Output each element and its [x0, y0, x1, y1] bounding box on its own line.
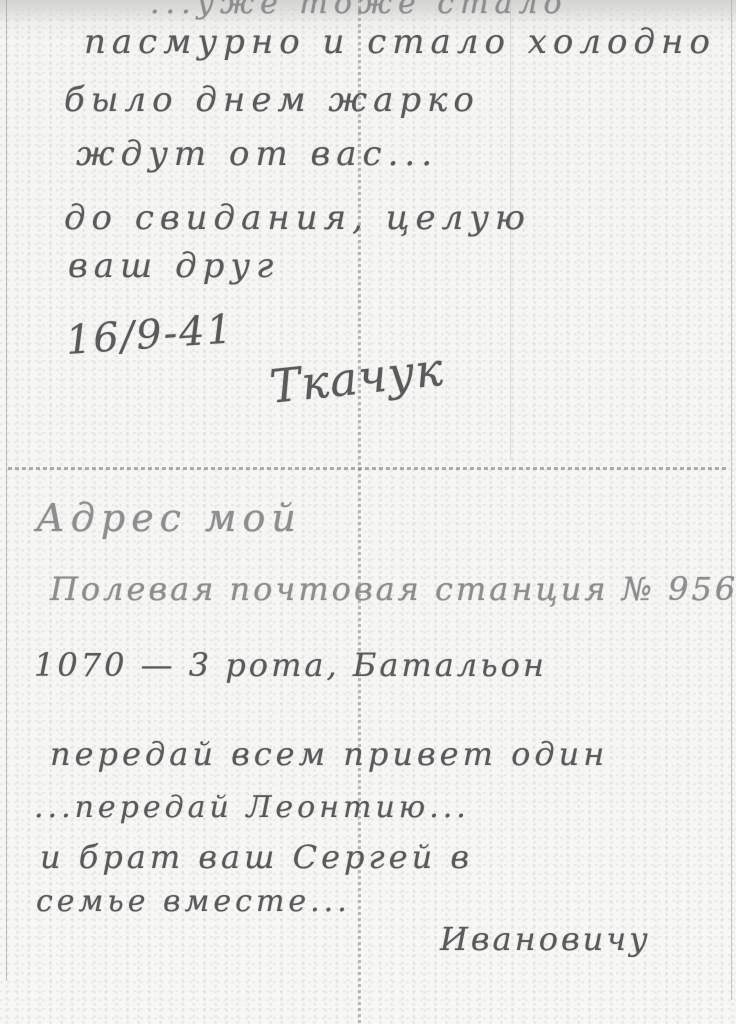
letter-date: 16/9-41	[64, 306, 235, 364]
scanned-letter-page: ...уже тоже стало пасмурно и стало холод…	[0, 0, 736, 1024]
address-heading: Адрес мой	[36, 496, 302, 540]
letter-line: ...уже тоже стало	[150, 0, 568, 21]
page-edge-right	[731, 0, 732, 1000]
letter-line: ждут от вас...	[76, 134, 438, 174]
page-edge-left	[6, 0, 7, 980]
address-line: 1070 — 3 рота, Батальон	[34, 646, 547, 684]
letter-line: ваш друг	[68, 246, 279, 286]
address-line: Полевая почтовая станция № 956	[50, 570, 736, 608]
letter-line: до свидания, целую	[64, 198, 531, 238]
letter-line: Ивановичу	[440, 920, 651, 958]
letter-line: пасмурно и стало холодно	[84, 22, 716, 62]
horizontal-fold-line	[8, 467, 728, 470]
letter-line: ...передай Леонтию...	[34, 790, 470, 825]
letter-line: передай всем привет один	[50, 735, 608, 773]
letter-line: семье вместе...	[36, 884, 351, 919]
letter-line: было днем жарко	[64, 80, 480, 120]
letter-line: и брат ваш Сергей в	[40, 838, 473, 876]
signature: Ткачук	[267, 342, 446, 414]
